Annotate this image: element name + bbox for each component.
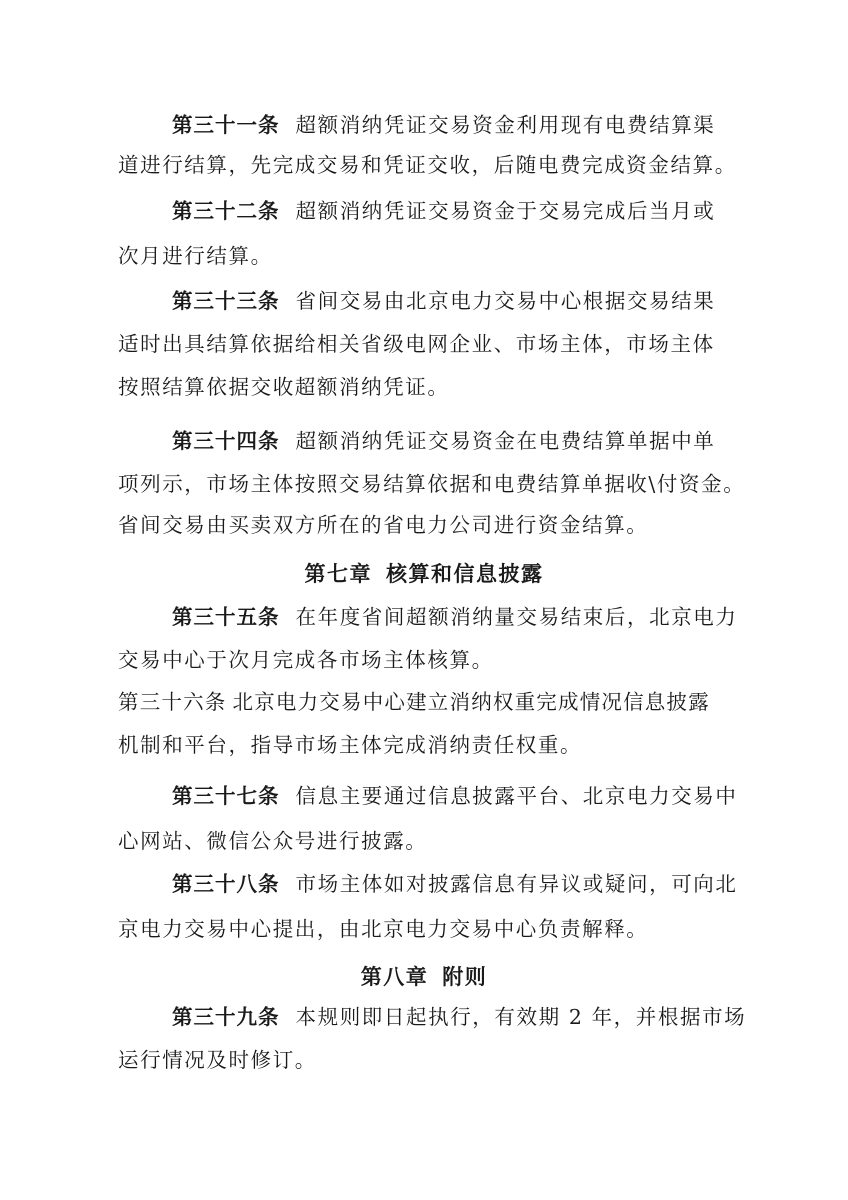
article-number: 第三十四条 bbox=[172, 429, 280, 453]
article-33-line-3: 按照结算依据交收超额消纳凭证。 bbox=[118, 374, 730, 400]
article-32-line-2: 次月进行结算。 bbox=[118, 243, 730, 269]
article-31-line-2: 道进行结算，先完成交易和凭证交收，后随电费完成资金结算。 bbox=[118, 152, 730, 178]
article-39-line-2: 运行情况及时修订。 bbox=[118, 1047, 730, 1073]
article-34-line-1: 第三十四条超额消纳凭证交易资金在电费结算单据中单 bbox=[172, 428, 730, 454]
article-text: 北京电力交易中心建立消纳权重完成情况信息披露 bbox=[233, 690, 710, 714]
article-number: 第三十八条 bbox=[172, 872, 280, 896]
article-text: 超额消纳凭证交易资金在电费结算单据中单 bbox=[296, 429, 716, 453]
article-32-line-1: 第三十二条超额消纳凭证交易资金于交易完成后当月或 bbox=[172, 198, 730, 224]
article-39-line-1: 第三十九条本规则即日起执行，有效期 2 年，并根据市场 bbox=[172, 1004, 730, 1030]
article-33-line-2: 适时出具结算依据给相关省级电网企业、市场主体，市场主体 bbox=[118, 331, 730, 357]
chapter-number: 第八章 bbox=[361, 965, 429, 989]
article-text: 信息主要通过信息披露平台、北京电力交易中 bbox=[296, 784, 738, 808]
chapter-8-heading: 第八章附则 bbox=[0, 961, 848, 991]
article-35-line-2: 交易中心于次月完成各市场主体核算。 bbox=[118, 647, 730, 673]
article-text: 超额消纳凭证交易资金于交易完成后当月或 bbox=[296, 199, 716, 223]
article-number: 第三十一条 bbox=[172, 113, 280, 137]
chapter-title: 核算和信息披露 bbox=[386, 562, 544, 586]
document-page: 第三十一条超额消纳凭证交易资金利用现有电费结算渠 道进行结算，先完成交易和凭证交… bbox=[0, 0, 848, 1200]
article-text: 超额消纳凭证交易资金利用现有电费结算渠 bbox=[296, 113, 716, 137]
article-34-line-3: 省间交易由买卖双方所在的省电力公司进行资金结算。 bbox=[118, 512, 730, 538]
article-38-line-1: 第三十八条市场主体如对披露信息有异议或疑问，可向北 bbox=[172, 871, 730, 897]
article-text: 省间交易由北京电力交易中心根据交易结果 bbox=[296, 289, 716, 313]
article-38-line-2: 京电力交易中心提出，由北京电力交易中心负责解释。 bbox=[118, 916, 730, 942]
article-34-line-2: 项列示，市场主体按照交易结算依据和电费结算单据收\付资金。 bbox=[118, 471, 730, 497]
chapter-title: 附则 bbox=[442, 965, 487, 989]
article-text: 在年度省间超额消纳量交易结束后，北京电力 bbox=[296, 605, 738, 629]
article-number: 第三十九条 bbox=[172, 1005, 280, 1029]
article-number: 第三十六条 bbox=[118, 690, 227, 714]
article-37-line-2: 心网站、微信公众号进行披露。 bbox=[118, 828, 730, 854]
article-31-line-1: 第三十一条超额消纳凭证交易资金利用现有电费结算渠 bbox=[172, 112, 730, 138]
article-36-line-2: 机制和平台，指导市场主体完成消纳责任权重。 bbox=[118, 732, 730, 758]
chapter-number: 第七章 bbox=[305, 562, 373, 586]
article-text: 本规则即日起执行，有效期 2 年，并根据市场 bbox=[296, 1005, 747, 1029]
chapter-7-heading: 第七章核算和信息披露 bbox=[0, 558, 848, 588]
article-text: 市场主体如对披露信息有异议或疑问，可向北 bbox=[296, 872, 738, 896]
article-37-line-1: 第三十七条信息主要通过信息披露平台、北京电力交易中 bbox=[172, 783, 730, 809]
article-35-line-1: 第三十五条在年度省间超额消纳量交易结束后，北京电力 bbox=[172, 604, 730, 630]
article-33-line-1: 第三十三条省间交易由北京电力交易中心根据交易结果 bbox=[172, 288, 730, 314]
article-number: 第三十三条 bbox=[172, 289, 280, 313]
article-number: 第三十二条 bbox=[172, 199, 280, 223]
article-number: 第三十五条 bbox=[172, 605, 280, 629]
article-number: 第三十七条 bbox=[172, 784, 280, 808]
article-36-line-1: 第三十六条北京电力交易中心建立消纳权重完成情况信息披露 bbox=[118, 689, 730, 715]
